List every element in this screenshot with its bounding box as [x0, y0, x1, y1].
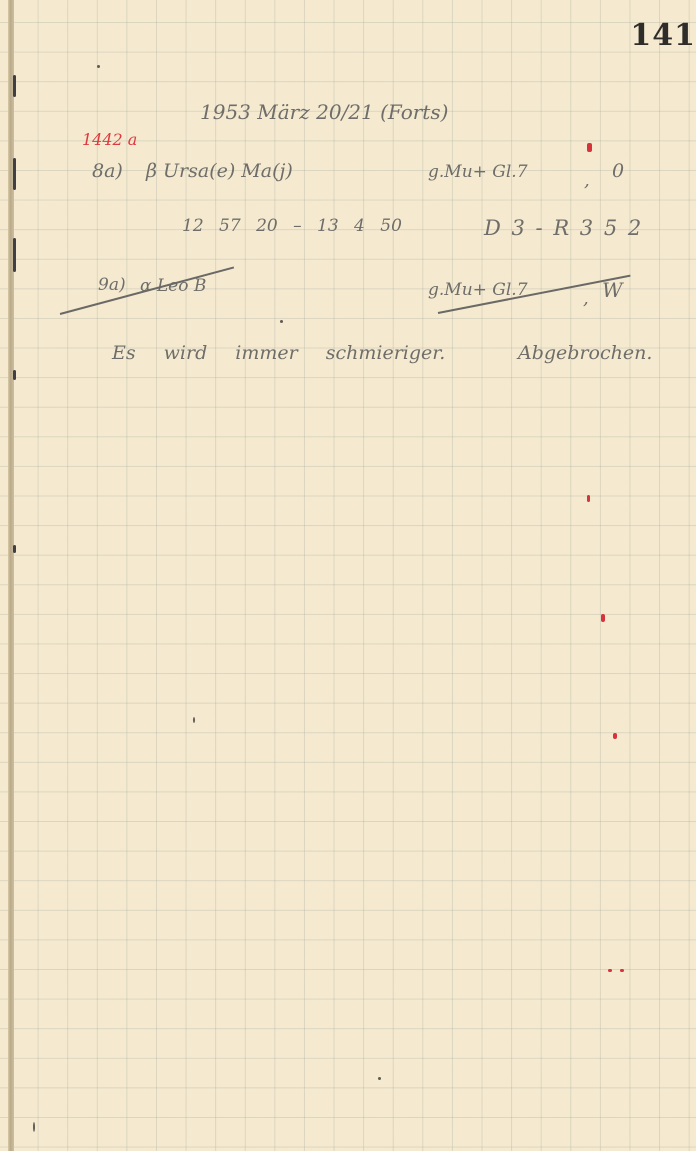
red-mark: [587, 495, 590, 502]
binding-stain: [13, 75, 16, 97]
binding-stain: [13, 370, 16, 380]
entry-object: β Ursa(e) Ma(j): [146, 160, 293, 182]
red-tick-mark: [587, 143, 592, 152]
pencil-dot: [378, 1077, 381, 1080]
red-mark: [608, 969, 612, 972]
entry-times: 12 57 20 – 13 4 50: [182, 216, 402, 236]
entry-object: α Leo B: [140, 276, 206, 296]
entry-label: 9a): [98, 275, 126, 295]
entry-code: D 3 - R 3 5 2: [484, 216, 641, 240]
page-binding-edge: [8, 0, 14, 1151]
binding-stain: [13, 238, 16, 272]
entry-separator: ,: [584, 170, 590, 191]
red-mark: [620, 969, 624, 972]
catalog-number: 1442 a: [82, 130, 137, 149]
pencil-dot: [33, 1122, 35, 1132]
entry-label: 8a): [92, 160, 123, 182]
pencil-dot: [97, 65, 100, 68]
binding-stain: [13, 158, 16, 190]
page-header-date: 1953 März 20/21 (Forts): [200, 100, 448, 124]
entry-separator: ,: [583, 288, 589, 309]
pencil-dot: [280, 320, 283, 323]
note-end: Abgebrochen.: [518, 342, 652, 364]
entry-result: W: [602, 278, 623, 302]
entry-result: 0: [612, 160, 624, 182]
note-text: Es wird immer schmieriger.: [112, 342, 445, 364]
notebook-page: 141 1953 März 20/21 (Forts) 1442 a 8a) β…: [0, 0, 696, 1151]
page-number: 141: [630, 18, 696, 53]
red-mark: [601, 614, 605, 622]
entry-reference: g.Mu+ Gl.7: [428, 162, 528, 182]
red-mark: [613, 733, 617, 739]
pencil-dot: [193, 717, 195, 723]
binding-stain: [13, 545, 16, 553]
strikethrough-line: [60, 266, 234, 315]
